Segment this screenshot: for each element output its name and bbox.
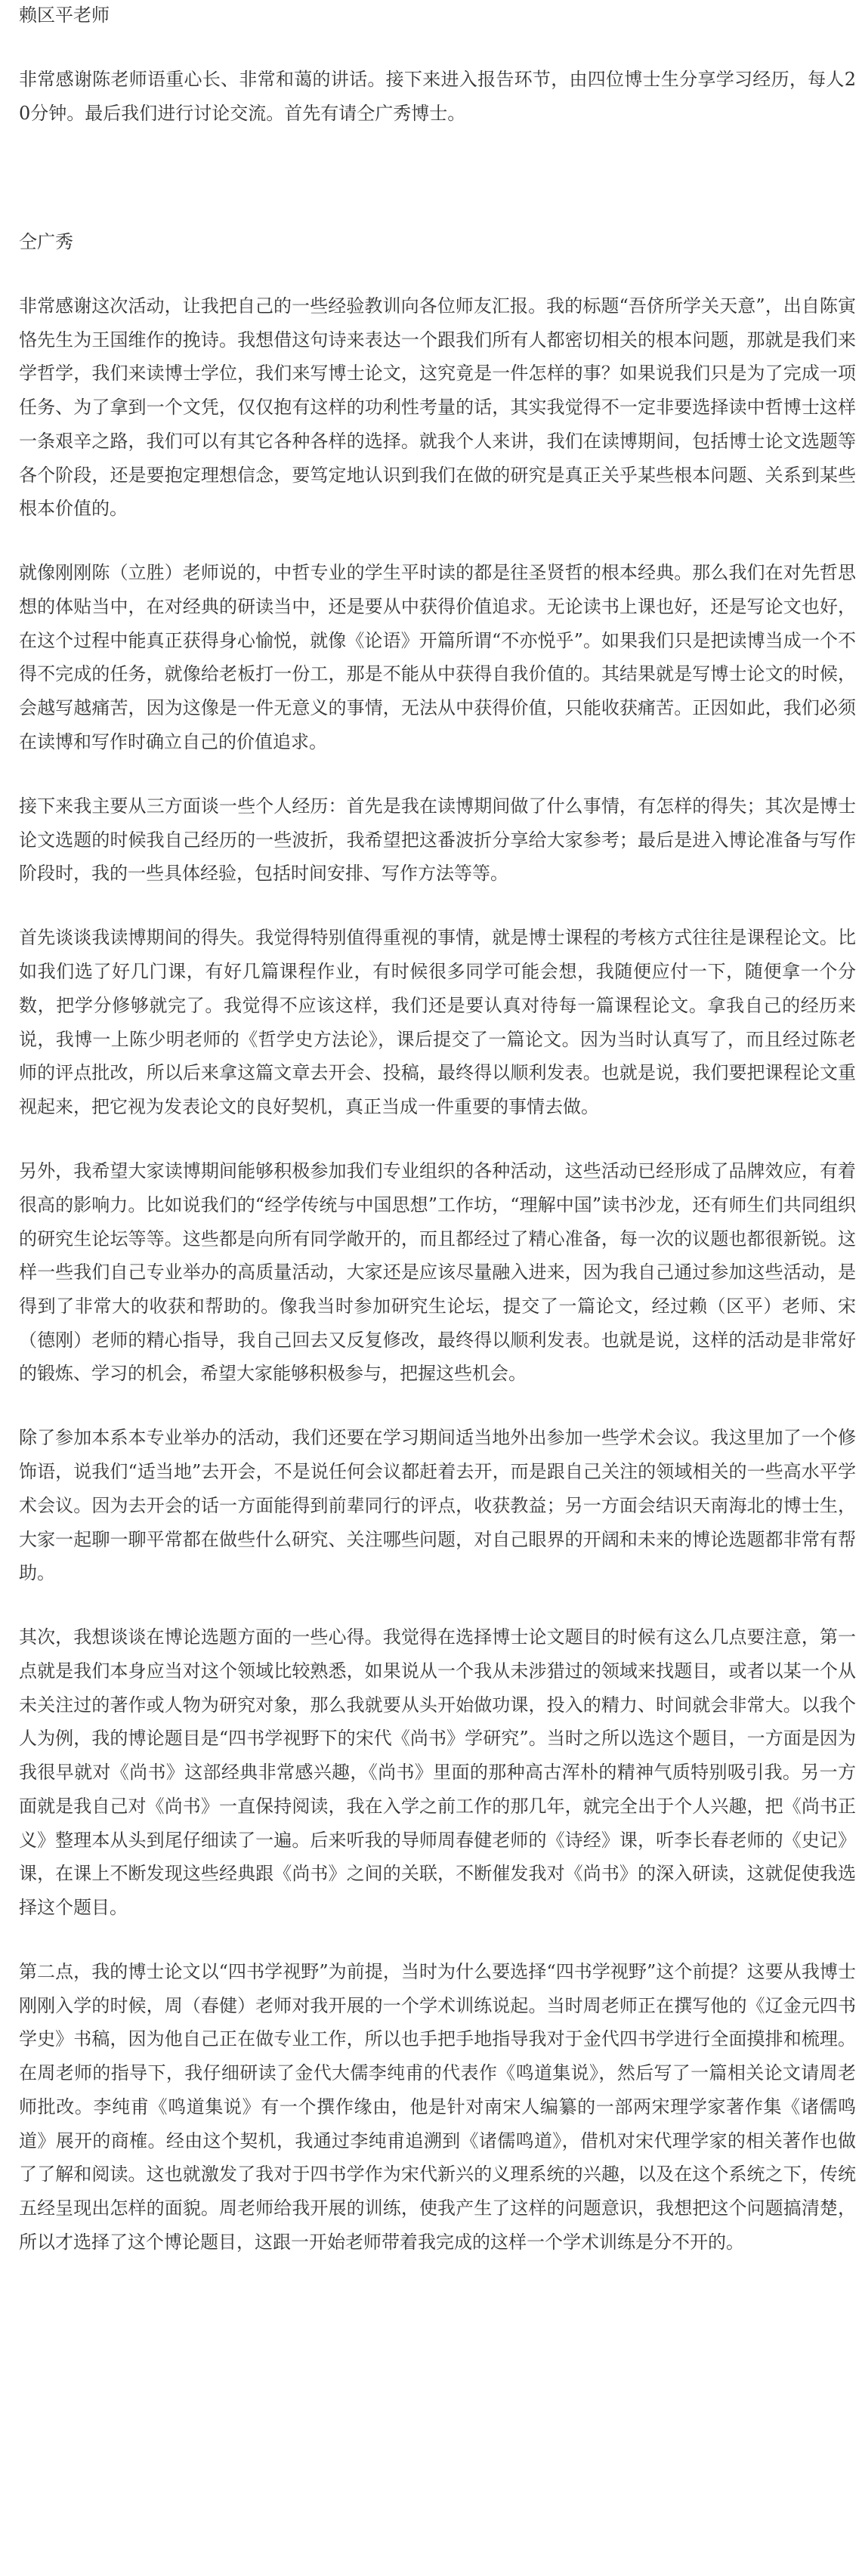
- paragraph: 第二点，我的博士论文以“四书学视野”为前提，当时为什么要选择“四书学视野”这个前…: [19, 1955, 856, 2259]
- speaker-name: 赖区平老师: [19, 0, 856, 32]
- transcript-document: 赖区平老师 非常感谢陈老师语重心长、非常和蔼的讲话。接下来进入报告环节，由四位博…: [0, 0, 862, 2259]
- paragraph: 接下来我主要从三方面谈一些个人经历：首先是我在读博期间做了什么事情，有怎样的得失…: [19, 789, 856, 891]
- paragraph: 其次，我想谈谈在博论选题方面的一些心得。我觉得在选择博士论文题目的时候有这么几点…: [19, 1620, 856, 1924]
- speaker-name: 仝广秀: [19, 225, 856, 259]
- paragraph: 非常感谢陈老师语重心长、非常和蔼的讲话。接下来进入报告环节，由四位博士生分享学习…: [19, 63, 856, 130]
- blank-paragraph: [19, 161, 856, 195]
- paragraph: 首先谈谈我读博期间的得失。我觉得特别值得重视的事情，就是博士课程的考核方式往往是…: [19, 921, 856, 1123]
- paragraph: 就像刚刚陈（立胜）老师说的，中哲专业的学生平时读的都是往圣贤哲的根本经典。那么我…: [19, 556, 856, 758]
- paragraph: 除了参加本系本专业举办的活动，我们还要在学习期间适当地外出参加一些学术会议。我这…: [19, 1421, 856, 1590]
- paragraph: 非常感谢这次活动，让我把自己的一些经验教训向各位师友汇报。我的标题“吾侪所学关天…: [19, 289, 856, 526]
- paragraph: 另外，我希望大家读博期间能够积极参加我们专业组织的各种活动，这些活动已经形成了品…: [19, 1154, 856, 1391]
